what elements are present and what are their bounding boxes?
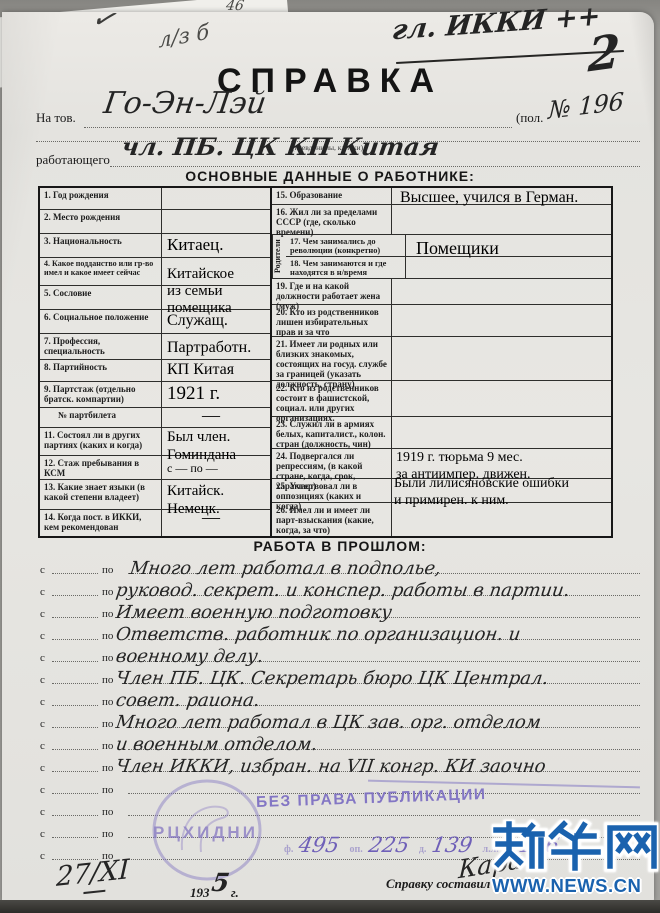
work-line: с по Много лет работал в подполье, xyxy=(38,556,642,578)
photo-bottom-edge xyxy=(0,900,660,913)
xinhua-watermark: 新华网 WWW.NEWS.CN xyxy=(492,820,658,897)
table-row: 23. Служил ли в армиях белых, капиталист… xyxy=(272,417,611,449)
page-number-note: 46 xyxy=(225,0,245,14)
rule xyxy=(110,166,640,167)
table-row: 26. Имел ли и имеет ли парт-взыскания (к… xyxy=(272,503,611,536)
work-line: с по военному делу. xyxy=(38,644,642,666)
work-line: с по и военным отделом. xyxy=(38,732,642,754)
archive-round-stamp: РЦХИДНИ xyxy=(150,778,266,886)
table-row: 2. Место рождения xyxy=(40,210,270,234)
table-row: 17. Чем занимались до революции (конкрет… xyxy=(286,235,611,257)
working-label: работающего xyxy=(36,152,110,168)
work-line: с по совет. раиона. xyxy=(38,688,642,710)
xinhua-url: WWW.NEWS.CN xyxy=(492,875,658,897)
year-line: 1935г. xyxy=(190,874,239,903)
table-left-half: 1. Год рождения 2. Место рождения 3. Нац… xyxy=(40,188,272,536)
parents-group: Родители 17. Чем занимались до революции… xyxy=(272,235,611,279)
work-line: с по Член ИККИ, избран. на VII конгр. КИ… xyxy=(38,754,642,776)
work-line: с по Много лет работал в ЦК зав. орг. от… xyxy=(38,710,642,732)
table-row: 15. Образование Высшее, учился в Герман. xyxy=(272,188,611,205)
table-row: 20. Кто из родственников лишен избирател… xyxy=(272,305,611,337)
table-row: 13. Какие знает языки (в какой степени в… xyxy=(40,480,270,510)
work-history-lines: с по Много лет работал в подполье, с по … xyxy=(38,556,642,864)
working-value-handwritten: чл. ПБ. ЦК КП Китая xyxy=(120,132,441,161)
table-row: 3. Национальность Китаец. xyxy=(40,234,270,258)
table-row: 6. Социальное положение Служащ. xyxy=(40,310,270,334)
table-row: № партбилета — xyxy=(40,408,270,428)
table-right-half: 15. Образование Высшее, учился в Герман.… xyxy=(272,188,611,536)
table-row: 4. Какое подданство или гр-во имел и как… xyxy=(40,258,270,286)
table-row: 5. Сословие из семьи помещика xyxy=(40,286,270,310)
table-row: 12. Стаж пребывания в КСМ с — по — xyxy=(40,456,270,480)
worker-data-table: 1. Год рождения 2. Место рождения 3. Нац… xyxy=(38,186,613,538)
pol-label: (пол. xyxy=(516,110,543,126)
year-digit-handwritten: 5 xyxy=(209,868,230,897)
table-row: 14. Когда пост. в ИККИ, кем рекомендован… xyxy=(40,510,270,536)
table-row: 16. Жил ли за пределами СССР (где, сколь… xyxy=(272,205,611,235)
work-line: с по Имеет военную подготовку xyxy=(38,600,642,622)
addressee-label: На тов. xyxy=(36,110,76,126)
table-row: 7. Профессия, специальность Партработн. xyxy=(40,334,270,360)
table-row: 8. Партийность КП Китая xyxy=(40,360,270,382)
table-row: 18. Чем занимаются и где находятся в н/в… xyxy=(286,257,611,279)
table-row: 21. Имеет ли родных или близких знакомых… xyxy=(272,337,611,381)
main-section-title: ОСНОВНЫЕ ДАННЫЕ О РАБОТНИКЕ: xyxy=(0,168,660,184)
table-row: 25. Участвовал ли в оппозициях (каких и … xyxy=(272,479,611,503)
table-row: 1. Год рождения xyxy=(40,188,270,210)
work-line: с по Член ПБ. ЦК. Секретарь бюро ЦК Цент… xyxy=(38,666,642,688)
work-section-title: РАБОТА В ПРОШЛОМ: xyxy=(38,538,642,554)
work-line: с по руковод. секрет. и конспер. работы … xyxy=(38,578,642,600)
work-line: с по Ответств. работник по организацион.… xyxy=(38,622,642,644)
archive-stamp-text: РЦХИДНИ xyxy=(153,823,258,842)
table-row: 22. Кто из родственников состоит в фашис… xyxy=(272,381,611,417)
document-photo: ✓ 46 л/з б гл. ИККИ ++ 2 СПРАВКА На тов.… xyxy=(0,0,660,913)
table-row: 11. Состоял ли в других партиях (каких и… xyxy=(40,428,270,456)
rule xyxy=(84,127,512,128)
addressee-name-handwritten: Го-Эн-Лэй xyxy=(102,86,269,121)
table-row: 9. Партстаж (отдельно братск. компартии)… xyxy=(40,382,270,408)
table-row: 19. Где и на какой должности работает же… xyxy=(272,279,611,305)
xinhua-logo-icon xyxy=(492,820,658,872)
parents-vertical-label: Родители xyxy=(272,235,286,278)
